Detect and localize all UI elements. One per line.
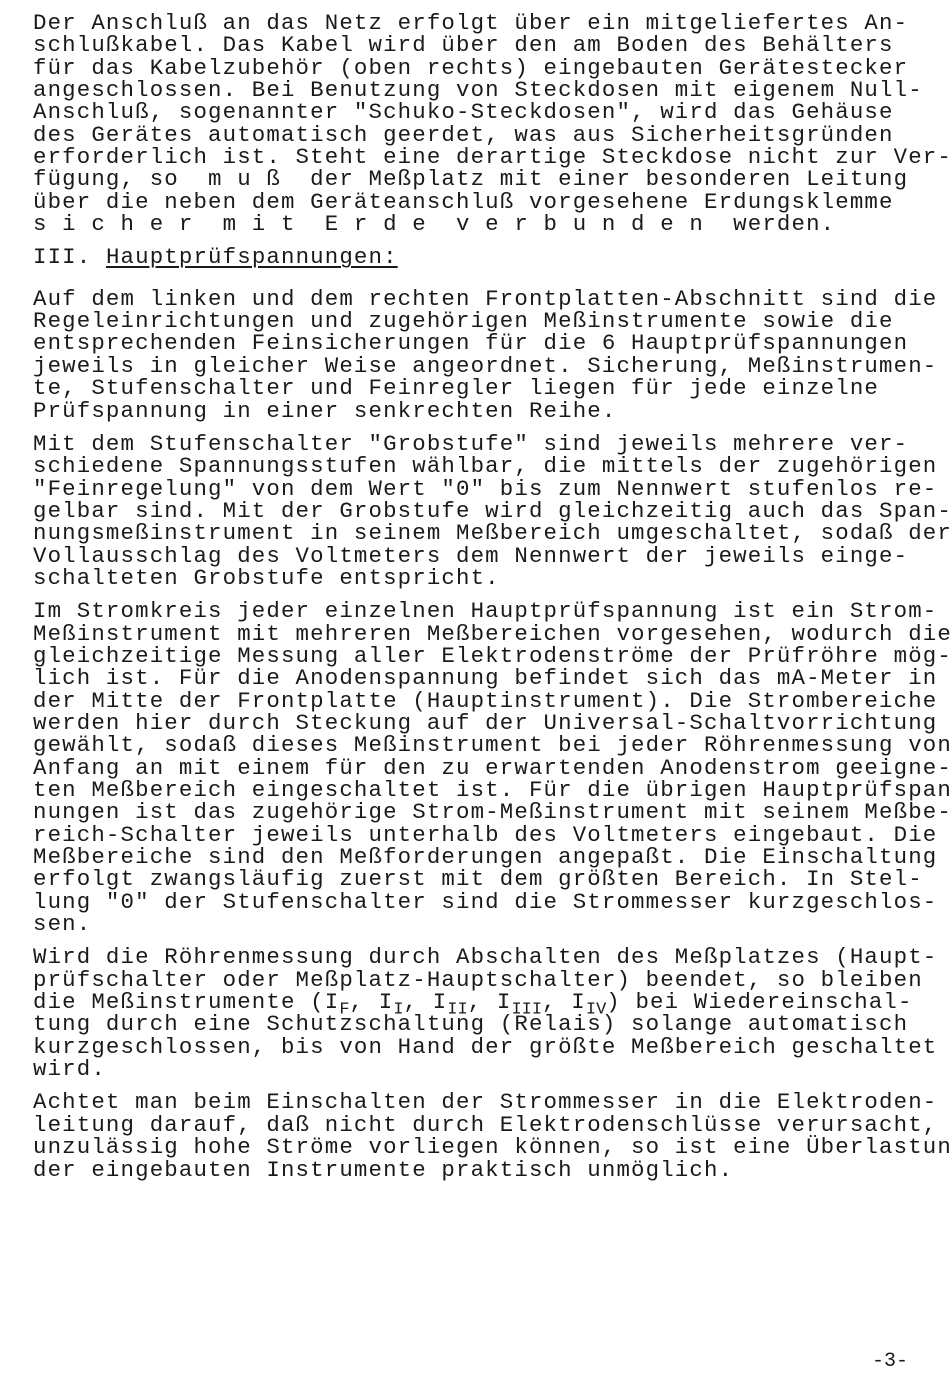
text-line: lung "0" der Stufenschalter sind die Str…	[33, 891, 933, 913]
text-line: lich ist. Für die Anodenspannung befinde…	[33, 667, 933, 689]
text-line: schiedene Spannungsstufen wählbar, die m…	[33, 455, 933, 477]
section-number: III.	[33, 244, 91, 270]
text-line: Vollausschlag des Voltmeters dem Nennwer…	[33, 545, 933, 567]
text-line: erforderlich ist. Steht eine derartige S…	[33, 146, 933, 168]
text-line: ten Meßbereich eingeschaltet ist. Für di…	[33, 779, 933, 801]
text-line: prüfschalter oder Meßplatz-Hauptschalter…	[33, 969, 933, 991]
text-line: angeschlossen. Bei Benutzung von Steckdo…	[33, 79, 933, 101]
text-line: reich-Schalter jeweils unterhalb des Vol…	[33, 824, 933, 846]
text-line: schalteten Grobstufe entspricht.	[33, 567, 933, 589]
section-title: Hauptprüfspannungen:	[106, 244, 398, 270]
text-line: jeweils in gleicher Weise angeordnet. Si…	[33, 355, 933, 377]
paragraph-shutdown-protection: Wird die Röhrenmessung durch Abschalten …	[33, 946, 933, 1080]
paragraph-layout: Auf dem linken und dem rechten Frontplat…	[33, 288, 933, 422]
text-line: der Mitte der Frontplatte (Hauptinstrume…	[33, 690, 933, 712]
text-line: nungsmeßinstrument in seinem Meßbereich …	[33, 522, 933, 544]
text-line: für das Kabelzubehör (oben rechts) einge…	[33, 57, 933, 79]
document-page: Der Anschluß an das Netz erfolgt über ei…	[33, 12, 933, 1192]
text-line: gleichzeitige Messung aller Elektrodenst…	[33, 645, 933, 667]
section-heading: III. Hauptprüfspannungen:	[33, 246, 933, 268]
text-line: gelbar sind. Mit der Grobstufe wird glei…	[33, 500, 933, 522]
text-line: wird.	[33, 1058, 933, 1080]
text-line: erfolgt zwangsläufig zuerst mit dem größ…	[33, 868, 933, 890]
text-line: des Gerätes automatisch geerdet, was aus…	[33, 124, 933, 146]
text-line: sen.	[33, 913, 933, 935]
text-line: werden hier durch Steckung auf der Unive…	[33, 712, 933, 734]
paragraph-overload: Achtet man beim Einschalten der Strommes…	[33, 1091, 933, 1180]
text-line: Meßinstrument mit mehreren Meßbereichen …	[33, 623, 933, 645]
text-line: Achtet man beim Einschalten der Strommes…	[33, 1091, 933, 1113]
text-line: der eingebauten Instrumente praktisch un…	[33, 1159, 933, 1181]
text-line: s i c h e r m i t E r d e v e r b u n d …	[33, 213, 933, 235]
text-line: Mit dem Stufenschalter "Grobstufe" sind …	[33, 433, 933, 455]
text-line: kurzgeschlossen, bis von Hand der größte…	[33, 1036, 933, 1058]
page-number: -3-	[872, 1350, 908, 1373]
text-line: Anfang an mit einem für den zu erwartend…	[33, 757, 933, 779]
text-line: fügung, so m u ß der Meßplatz mit einer …	[33, 168, 933, 190]
text-line: Meßbereiche sind den Meßforderungen ange…	[33, 846, 933, 868]
text-line: Auf dem linken und dem rechten Frontplat…	[33, 288, 933, 310]
text-line: Wird die Röhrenmessung durch Abschalten …	[33, 946, 933, 968]
text-line: Im Stromkreis jeder einzelnen Hauptprüfs…	[33, 600, 933, 622]
text-line: Regeleinrichtungen und zugehörigen Meßin…	[33, 310, 933, 332]
text-line: gewählt, sodaß dieses Meßinstrument bei …	[33, 734, 933, 756]
text-line: über die neben dem Geräteanschluß vorges…	[33, 191, 933, 213]
text-line: tung durch eine Schutzschaltung (Relais)…	[33, 1013, 933, 1035]
text-line: entsprechenden Feinsicherungen für die 6…	[33, 332, 933, 354]
text-line: unzulässig hohe Ströme vorliegen können,…	[33, 1136, 933, 1158]
text-line: leitung darauf, daß nicht durch Elektrod…	[33, 1114, 933, 1136]
paragraph-current-meters: Im Stromkreis jeder einzelnen Hauptprüfs…	[33, 600, 933, 935]
text-line: die Meßinstrumente (IF, II, III, IIII, I…	[33, 991, 933, 1013]
paragraph-power-connection: Der Anschluß an das Netz erfolgt über ei…	[33, 12, 933, 235]
text-line: Prüfspannung in einer senkrechten Reihe.	[33, 400, 933, 422]
text-line: "Feinregelung" von dem Wert "0" bis zum …	[33, 478, 933, 500]
text-line: te, Stufenschalter und Feinregler liegen…	[33, 377, 933, 399]
text-line: Der Anschluß an das Netz erfolgt über ei…	[33, 12, 933, 34]
text-line: nungen ist das zugehörige Strom-Meßinstr…	[33, 801, 933, 823]
text-line: schlußkabel. Das Kabel wird über den am …	[33, 34, 933, 56]
text-line: Anschluß, sogenannter "Schuko-Steckdosen…	[33, 101, 933, 123]
paragraph-coarse-step: Mit dem Stufenschalter "Grobstufe" sind …	[33, 433, 933, 589]
